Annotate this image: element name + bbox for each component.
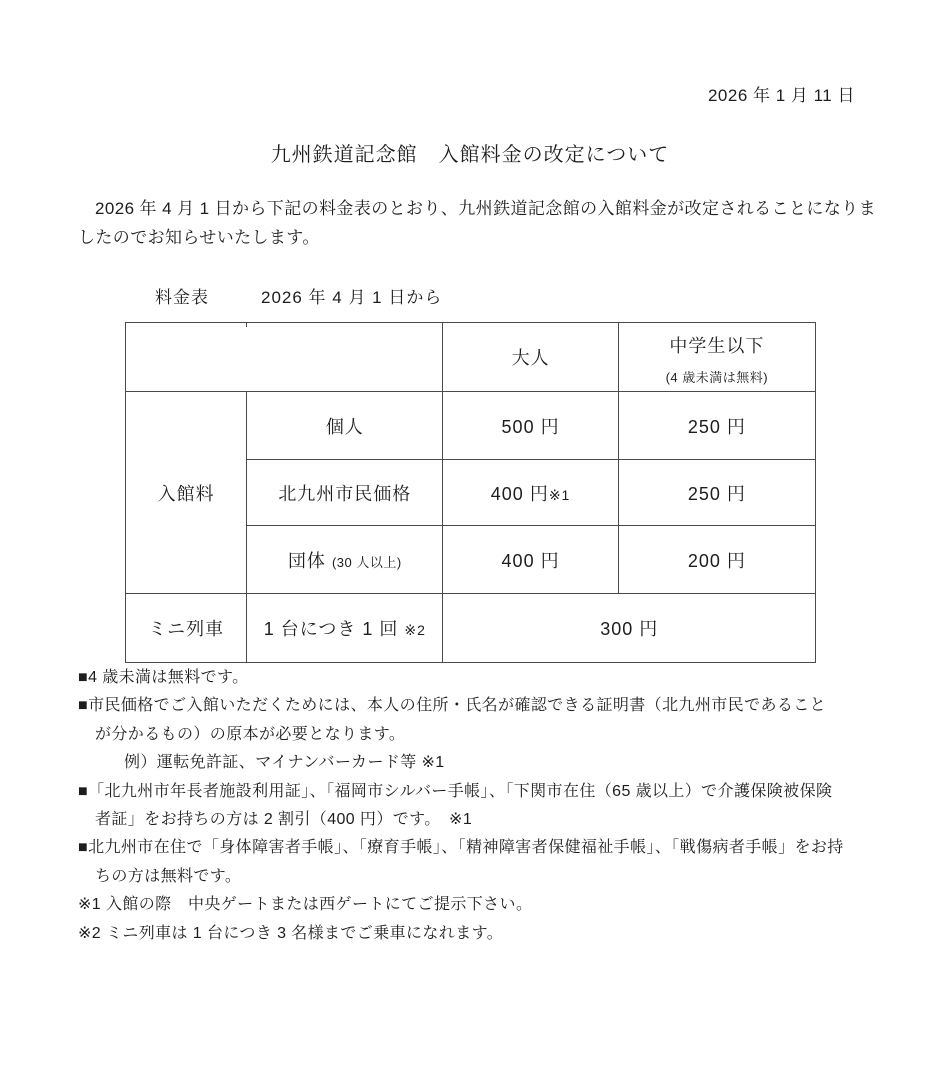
header-child: 中学生以下 (4 歳未満は無料) [618, 323, 815, 392]
footnote-line: ■北九州市在住で「身体障害者手帳」、「療育手帳」、「精神障害者保健福祉手帳」、「… [78, 834, 878, 862]
citizen-adult-ref-note: ※1 [549, 487, 571, 503]
price-citizen-adult: 400 円※1 [443, 460, 618, 526]
footnote-line: 例）運転免許証、マイナンバーカード等 ※1 [78, 749, 878, 777]
category-mini-train-cell: ミニ列車 [126, 594, 247, 663]
document-date: 2026 年 1 月 11 日 [708, 81, 855, 106]
label-group-value: 団体 [288, 551, 326, 571]
footnote-line: が分かるもの）の原本が必要となります。 [78, 721, 878, 749]
footnote-line: ※1 入館の際 中央ゲートまたは西ゲートにてご提示下さい。 [78, 891, 878, 919]
price-citizen-adult-value: 400 円 [491, 484, 549, 504]
corner-tick [246, 323, 247, 328]
table-row-individual: 入館料 個人 500 円 250 円 [126, 392, 816, 460]
table-header-row: 大人 中学生以下 (4 歳未満は無料) [126, 323, 816, 392]
footnote-line: ■「北九州市年長者施設利用証」、「福岡市シルバー手帳」、「下関市在住（65 歳以… [78, 778, 878, 806]
footnotes-list: ■4 歳未満は無料です。 ■市民価格でご入館いただくためには、本人の住所・氏名が… [78, 664, 878, 948]
price-citizen-child: 250 円 [618, 460, 815, 526]
label-group: 団体 (30 人以上) [247, 526, 443, 594]
label-mini-train-value: 1 台につき 1 回 [264, 619, 399, 639]
document-page: 2026 年 1 月 11 日 九州鉄道記念館 入館料金の改定について 2026… [0, 0, 940, 1081]
price-group-child: 200 円 [618, 526, 815, 594]
footnote-line: ※2 ミニ列車は 1 台につき 3 名様までご乗車になれます。 [78, 920, 878, 948]
header-child-note: (4 歳未満は無料) [619, 367, 815, 386]
category-admission-cell: 入館料 [126, 392, 247, 594]
price-mini-train: 300 円 [443, 594, 816, 663]
price-individual-adult: 500 円 [443, 392, 618, 460]
table-caption-label: 料金表 [155, 288, 209, 307]
table-row-mini-train: ミニ列車 1 台につき 1 回 ※2 300 円 [126, 594, 816, 663]
mini-train-ref-note: ※2 [404, 622, 426, 638]
fee-table: 大人 中学生以下 (4 歳未満は無料) 入館料 個人 500 円 250 円 北… [125, 322, 816, 663]
footnote-line: 者証」をお持ちの方は 2 割引（400 円）です。 ※1 [78, 806, 878, 834]
price-individual-child: 250 円 [618, 392, 815, 460]
label-citizen-price: 北九州市民価格 [247, 460, 443, 526]
document-title: 九州鉄道記念館 入館料金の改定について [0, 138, 940, 167]
header-child-label: 中学生以下 [619, 332, 815, 358]
footnote-line: ちの方は無料です。 [78, 863, 878, 891]
header-adult: 大人 [443, 323, 618, 392]
table-caption-effective-date: 2026 年 4 月 1 日から [261, 288, 442, 307]
label-mini-train: 1 台につき 1 回 ※2 [247, 594, 443, 663]
footnote-line: ■4 歳未満は無料です。 [78, 664, 878, 692]
announcement-paragraph: 2026 年 4 月 1 日から下記の料金表のとおり、九州鉄道記念館の入館料金が… [78, 194, 876, 252]
header-corner-cell [126, 323, 443, 392]
footnote-line: ■市民価格でご入館いただくためには、本人の住所・氏名が確認できる証明書（北九州市… [78, 692, 878, 720]
table-caption: 料金表2026 年 4 月 1 日から [155, 283, 442, 308]
price-group-adult: 400 円 [443, 526, 618, 594]
group-size-note: (30 人以上) [332, 555, 402, 570]
label-individual: 個人 [247, 392, 443, 460]
